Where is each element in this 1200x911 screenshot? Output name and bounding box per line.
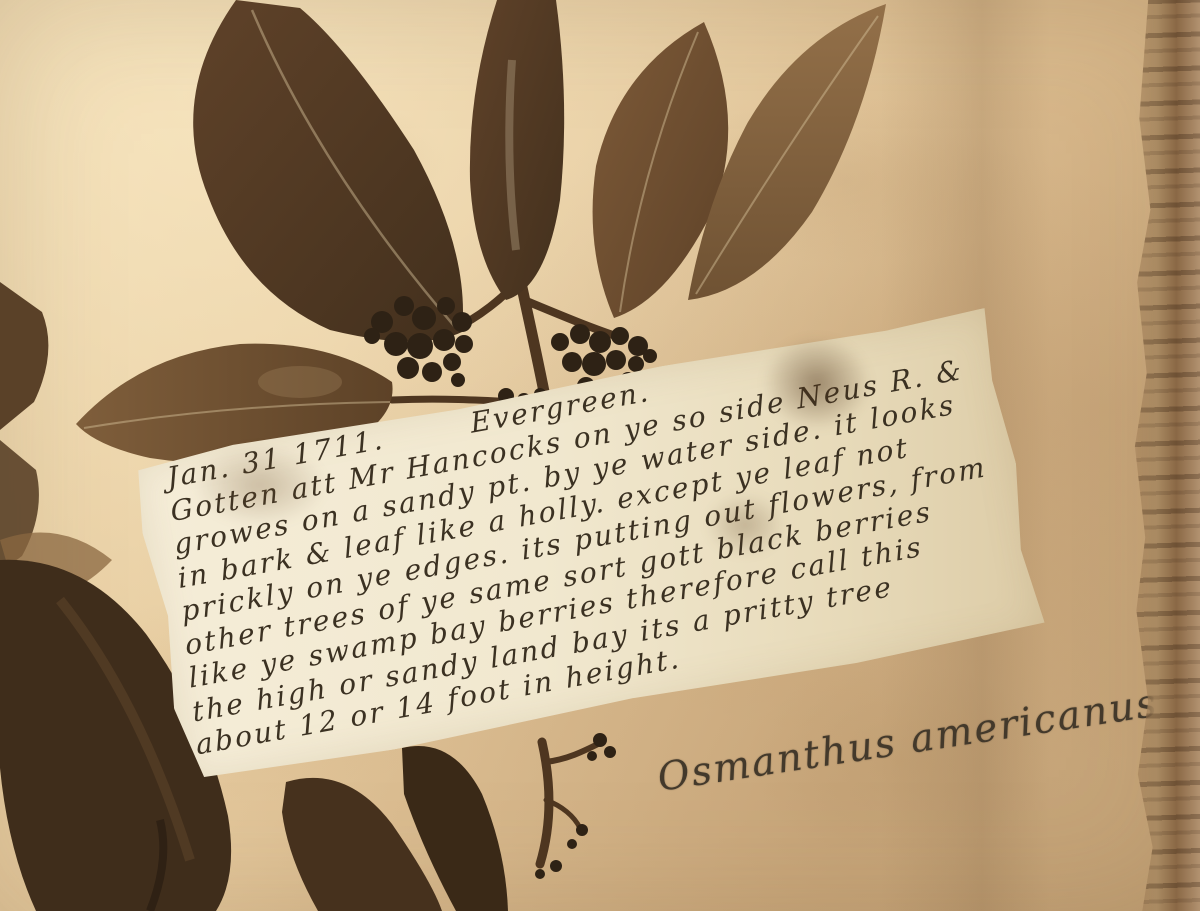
top-leaves bbox=[193, 0, 886, 342]
bottom-leaves bbox=[282, 746, 508, 911]
herbarium-photo: Jan. 31 1711. Evergreen. Gotten att Mr H… bbox=[0, 0, 1200, 911]
leaf-upper-center bbox=[470, 0, 564, 300]
seed-twig bbox=[535, 733, 616, 879]
leaf-upper-left bbox=[193, 0, 463, 342]
left-edge-leaf-fragments bbox=[0, 282, 48, 572]
